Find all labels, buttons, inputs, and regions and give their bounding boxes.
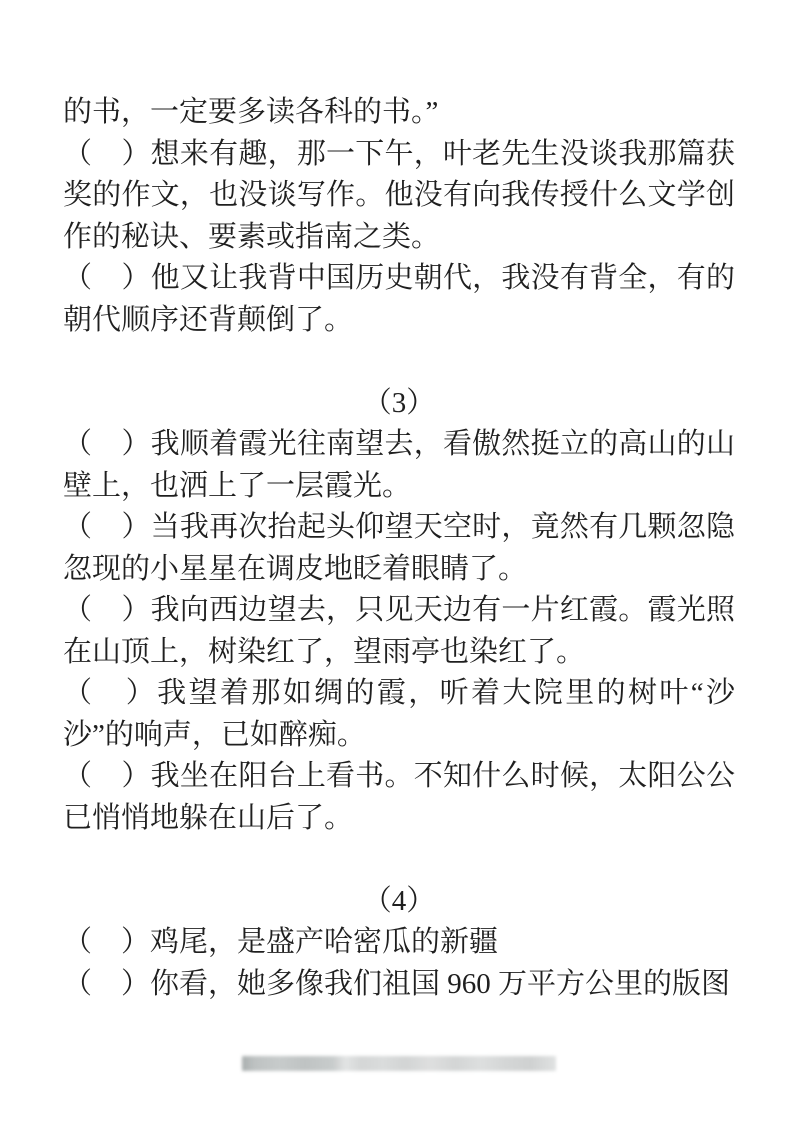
ordering-item: （ ）你看，她多像我们祖国 960 万平方公里的版图 (63, 964, 735, 1006)
ordering-item: （ ）他又让我背中国历史朝代，我没有背全，有的朝代顺序还背颠倒了。 (63, 258, 735, 341)
ordering-item: （ ）鸡尾，是盛产哈密瓜的新疆 (63, 922, 735, 964)
section-number-3: （3） (63, 383, 735, 425)
ordering-item: （ ）我坐在阳台上看书。不知什么时候，太阳公公已悄悄地躲在山后了。 (63, 756, 735, 839)
ordering-item: （ ）我顺着霞光往南望去，看傲然挺立的高山的山壁上，也洒上了一层霞光。 (63, 424, 735, 507)
paragraph-continuation: 的书，一定要多读各科的书。” (63, 92, 735, 134)
ordering-item: （ ）当我再次抬起头仰望天空时，竟然有几颗忽隐忽现的小星星在调皮地眨着眼睛了。 (63, 507, 735, 590)
ordering-item: （ ）想来有趣，那一下午，叶老先生没谈我那篇获奖的作文，也没谈写作。他没有向我传… (63, 134, 735, 259)
document-content: 的书，一定要多读各科的书。” （ ）想来有趣，那一下午，叶老先生没谈我那篇获奖的… (63, 92, 735, 1005)
ordering-item: （ ）我望着那如绸的霞，听着大院里的树叶“沙沙”的响声，已如醉痴。 (63, 673, 735, 756)
worksheet-page: 的书，一定要多读各科的书。” （ ）想来有趣，那一下午，叶老先生没谈我那篇获奖的… (0, 0, 793, 1122)
section-number-4: （4） (63, 881, 735, 923)
redacted-watermark-bar (242, 1056, 556, 1071)
ordering-item: （ ）我向西边望去，只见天边有一片红霞。霞光照在山顶上，树染红了，望雨亭也染红了… (63, 590, 735, 673)
